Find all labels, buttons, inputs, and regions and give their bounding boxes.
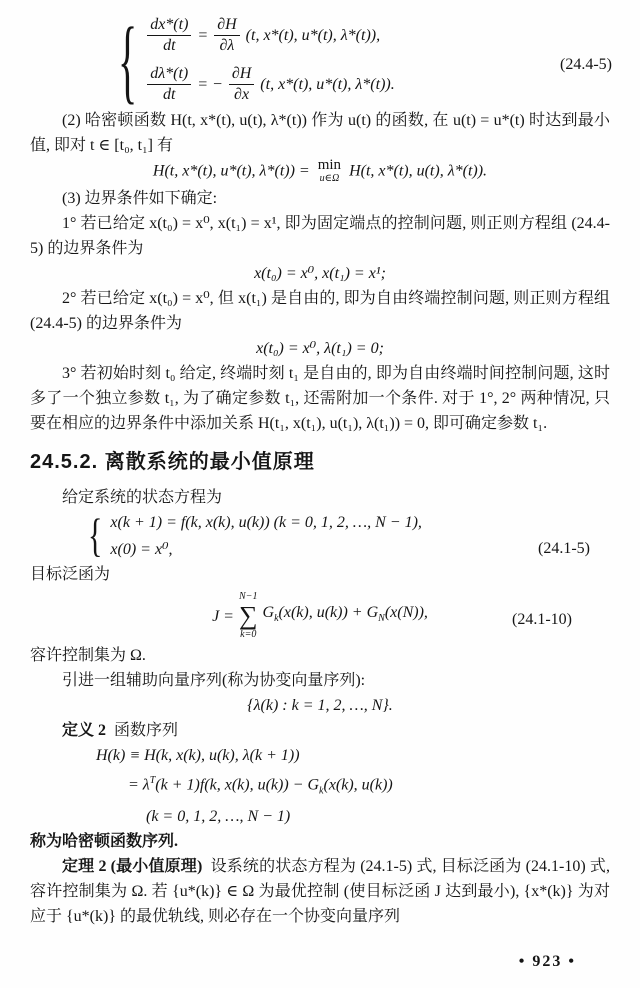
subscript-N: N xyxy=(378,614,385,625)
fraction-numerator: dx*(t) xyxy=(147,16,191,36)
case-2-free-terminal-state: 2° 若已给定 x(t₀) = x⁰, 但 x(t₁) 是自由的, 即为自由终端… xyxy=(30,286,610,336)
summation-operator: N−1 ∑ k=0 xyxy=(239,591,258,641)
objective-functional-24-1-10: J = N−1 ∑ k=0 Gk(x(k), u(k)) + GN(x(N)),… xyxy=(30,591,610,641)
admissible-control-set: 容许控制集为 Ω. xyxy=(30,643,610,668)
state-equation-line1: x(k + 1) = f(k, x(k), u(k)) (k = 0, 1, 2… xyxy=(110,510,422,535)
hamiltonian-definition-line1: H(k) ≡ H(k, x(k), u(k), λ(k + 1)) xyxy=(96,743,610,768)
equation-dx-dt: dx*(t) dt = ∂H ∂λ (t, x*(t), u*(t), λ*(t… xyxy=(147,16,395,55)
definition-term: 定义 2 xyxy=(62,722,106,739)
equals-sign: = xyxy=(197,23,208,48)
fraction-denominator: dt xyxy=(147,85,191,104)
min-subscript: u∈Ω xyxy=(320,172,340,186)
min-operator: min u∈Ω xyxy=(318,158,341,186)
equation-arguments: (t, x*(t), u*(t), λ*(t)), xyxy=(246,23,380,48)
fraction-denominator: ∂λ xyxy=(214,36,239,55)
case-1-fixed-endpoints: 1° 若已给定 x(t₀) = x⁰, x(t₁) = x¹, 即为固定端点的控… xyxy=(30,211,610,261)
equation-arguments: (t, x*(t), u*(t), λ*(t)). xyxy=(260,72,394,97)
fraction-numerator: ∂H xyxy=(214,16,239,36)
section-heading-24-5-2: 24.5.2. 离散系统的最小值原理 xyxy=(30,450,610,475)
sum-lower-bound: k=0 xyxy=(240,629,256,641)
fraction-denominator: ∂x xyxy=(229,85,254,104)
fraction-denominator: dt xyxy=(147,36,191,55)
fraction-dx-dt: dx*(t) dt xyxy=(147,16,191,55)
fraction-dH-dx: ∂H ∂x xyxy=(229,65,254,104)
page-number: • 923 • xyxy=(519,949,576,974)
functional-lhs: J = xyxy=(212,604,234,629)
sigma-symbol: ∑ xyxy=(239,603,258,629)
equation-dlambda-dt: dλ*(t) dt = − ∂H ∂x (t, x*(t), u*(t), λ*… xyxy=(147,65,395,104)
definition-title: 函数序列 xyxy=(114,722,178,739)
equation-number: (24.1-5) xyxy=(538,536,590,561)
case-2-boundary-equation: x(t₀) = x⁰, λ(t₁) = 0; xyxy=(30,336,610,361)
state-equation-intro: 给定系统的状态方程为 xyxy=(30,485,610,510)
fraction-dlambda-dt: dλ*(t) dt xyxy=(147,65,191,104)
fraction-numerator: ∂H xyxy=(229,65,254,85)
fraction-numerator: dλ*(t) xyxy=(147,65,191,85)
functional-intro: 目标泛函为 xyxy=(30,562,610,587)
state-equation-lines: x(k + 1) = f(k, x(k), u(k)) (k = 0, 1, 2… xyxy=(110,510,422,562)
left-brace: { xyxy=(118,31,137,90)
hamiltonian-sequence-name: 称为哈密顿函数序列. xyxy=(30,829,610,854)
equation-number: (24.1-10) xyxy=(512,607,572,632)
min-equation-lhs: H(t, x*(t), u*(t), λ*(t)) = xyxy=(153,163,310,180)
hamiltonian-definition-line2: = λT(k + 1)f(k, x(k), u(k)) − Gk(x(k), u… xyxy=(128,768,610,804)
sum-body: Gk(x(k), u(k)) + GN(x(N)), xyxy=(263,600,428,631)
equation-system-24-4-5: { dx*(t) dt = ∂H ∂λ (t, x*(t), u*(t), λ*… xyxy=(118,16,610,104)
auxiliary-sequence-intro: 引进一组辅助向量序列(称为协变向量序列): xyxy=(30,668,610,693)
case-3-free-terminal-time: 3° 若初始时刻 t₀ 给定, 终端时刻 t₁ 是自由的, 即为自由终端时间控制… xyxy=(30,361,610,436)
fraction-dH-dlambda: ∂H ∂λ xyxy=(214,16,239,55)
state-equation-line2: x(0) = x⁰, xyxy=(110,537,422,562)
hamiltonian-definition-range: (k = 0, 1, 2, …, N − 1) xyxy=(146,804,610,829)
equation-number: (24.4-5) xyxy=(560,52,612,77)
min-equation-rhs: H(t, x*(t), u(t), λ*(t)). xyxy=(349,163,487,180)
equals-sign: = − xyxy=(197,72,223,97)
book-page: { dx*(t) dt = ∂H ∂λ (t, x*(t), u*(t), λ*… xyxy=(0,0,640,988)
state-equation-system-24-1-5: { x(k + 1) = f(k, x(k), u(k)) (k = 0, 1,… xyxy=(88,510,610,562)
definition-2-line: 定义 2 函数序列 xyxy=(30,718,610,743)
paragraph-boundary-conditions: (3) 边界条件如下确定: xyxy=(30,186,610,211)
case-1-boundary-equation: x(t₀) = x⁰, x(t₁) = x¹; xyxy=(30,261,610,286)
paragraph-hamiltonian-minimum: (2) 哈密顿函数 H(t, x*(t), u(t), λ*(t)) 作为 u(… xyxy=(30,108,610,158)
theorem-2-minimum-principle: 定理 2 (最小值原理) 设系统的状态方程为 (24.1-5) 式, 目标泛函为… xyxy=(30,854,610,929)
min-label: min xyxy=(318,158,341,172)
equation-lines: dx*(t) dt = ∂H ∂λ (t, x*(t), u*(t), λ*(t… xyxy=(147,16,395,104)
covariant-sequence-equation: {λ(k) : k = 1, 2, …, N}. xyxy=(30,693,610,718)
equation-min-condition: H(t, x*(t), u*(t), λ*(t)) = min u∈Ω H(t,… xyxy=(30,158,610,186)
theorem-term: 定理 2 (最小值原理) xyxy=(62,858,202,875)
sum-expression: J = N−1 ∑ k=0 Gk(x(k), u(k)) + GN(x(N)), xyxy=(212,591,428,641)
left-brace: { xyxy=(88,517,102,556)
